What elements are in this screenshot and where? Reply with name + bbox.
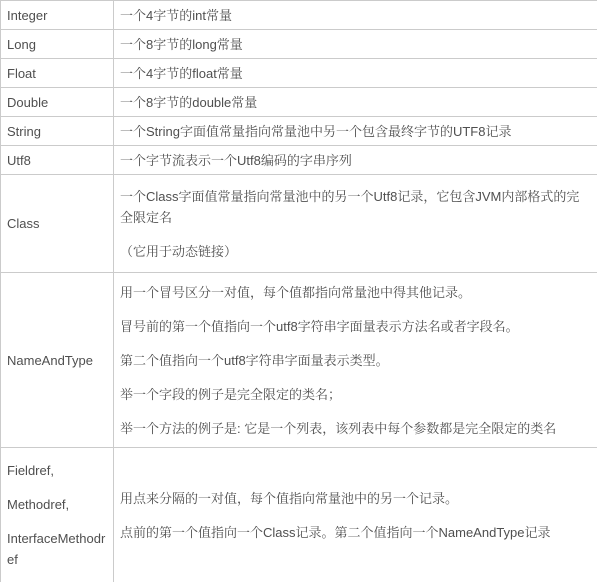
constant-type-label: Methodref, bbox=[7, 494, 107, 515]
table-row: Integer一个4字节的int常量 bbox=[1, 1, 597, 30]
constant-type-cell: Long bbox=[1, 30, 114, 59]
constant-type-label: String bbox=[7, 121, 107, 142]
description-cell: 用一个冒号区分一对值，每个值都指向常量池中得其他记录。冒号前的第一个值指向一个u… bbox=[114, 273, 597, 448]
constant-pool-table-body: Integer一个4字节的int常量Long一个8字节的long常量Float一… bbox=[1, 1, 597, 582]
description-paragraph: 一个4字节的float常量 bbox=[120, 63, 592, 84]
constant-type-label: InterfaceMethodref bbox=[7, 528, 107, 570]
table-row: Class一个Class字面值常量指向常量池中的另一个Utf8记录，它包含JVM… bbox=[1, 175, 597, 273]
description-cell: 用点来分隔的一对值，每个值指向常量池中的另一个记录。点前的第一个值指向一个Cla… bbox=[114, 448, 597, 582]
description-cell: 一个8字节的double常量 bbox=[114, 88, 597, 117]
constant-type-cell: Double bbox=[1, 88, 114, 117]
constant-type-label: Utf8 bbox=[7, 150, 107, 171]
description-paragraph: 一个Class字面值常量指向常量池中的另一个Utf8记录，它包含JVM内部格式的… bbox=[120, 186, 592, 228]
description-paragraph: 一个8字节的double常量 bbox=[120, 92, 592, 113]
constant-type-cell: Float bbox=[1, 59, 114, 88]
constant-type-label: Long bbox=[7, 34, 107, 55]
constant-type-label: Fieldref, bbox=[7, 460, 107, 481]
table-row: String一个String字面值常量指向常量池中另一个包含最终字节的UTF8记… bbox=[1, 117, 597, 146]
description-paragraph: 点前的第一个值指向一个Class记录。第二个值指向一个NameAndType记录 bbox=[120, 522, 592, 543]
table-row: Float一个4字节的float常量 bbox=[1, 59, 597, 88]
constant-type-label: Class bbox=[7, 213, 107, 234]
description-cell: 一个4字节的float常量 bbox=[114, 59, 597, 88]
constant-type-label: Float bbox=[7, 63, 107, 84]
table-row: Double一个8字节的double常量 bbox=[1, 88, 597, 117]
description-cell: 一个String字面值常量指向常量池中另一个包含最终字节的UTF8记录 bbox=[114, 117, 597, 146]
constant-type-cell: Class bbox=[1, 175, 114, 273]
description-paragraph: 一个4字节的int常量 bbox=[120, 5, 592, 26]
constant-type-label: Double bbox=[7, 92, 107, 113]
description-paragraph: 冒号前的第一个值指向一个utf8字符串字面量表示方法名或者字段名。 bbox=[120, 316, 592, 337]
table-row: Utf8一个字节流表示一个Utf8编码的字串序列 bbox=[1, 146, 597, 175]
table-row: Long一个8字节的long常量 bbox=[1, 30, 597, 59]
constant-type-label: Integer bbox=[7, 5, 107, 26]
description-paragraph: 用点来分隔的一对值，每个值指向常量池中的另一个记录。 bbox=[120, 488, 592, 509]
constant-pool-table: Integer一个4字节的int常量Long一个8字节的long常量Float一… bbox=[0, 0, 597, 582]
constant-type-label: NameAndType bbox=[7, 350, 107, 371]
description-paragraph: 举一个字段的例子是完全限定的类名； bbox=[120, 384, 592, 405]
constant-type-cell: Utf8 bbox=[1, 146, 114, 175]
description-paragraph: （它用于动态链接） bbox=[120, 241, 592, 262]
constant-type-cell: Integer bbox=[1, 1, 114, 30]
description-cell: 一个8字节的long常量 bbox=[114, 30, 597, 59]
description-paragraph: 举一个方法的例子是: 它是一个列表，该列表中每个参数都是完全限定的类名 bbox=[120, 418, 592, 439]
page: Integer一个4字节的int常量Long一个8字节的long常量Float一… bbox=[0, 0, 597, 582]
table-row: Fieldref,Methodref,InterfaceMethodref用点来… bbox=[1, 448, 597, 582]
constant-type-cell: String bbox=[1, 117, 114, 146]
description-cell: 一个4字节的int常量 bbox=[114, 1, 597, 30]
description-cell: 一个字节流表示一个Utf8编码的字串序列 bbox=[114, 146, 597, 175]
description-paragraph: 第二个值指向一个utf8字符串字面量表示类型。 bbox=[120, 350, 592, 371]
description-paragraph: 一个String字面值常量指向常量池中另一个包含最终字节的UTF8记录 bbox=[120, 121, 592, 142]
table-row: NameAndType用一个冒号区分一对值，每个值都指向常量池中得其他记录。冒号… bbox=[1, 273, 597, 448]
constant-type-cell: NameAndType bbox=[1, 273, 114, 448]
description-paragraph: 一个8字节的long常量 bbox=[120, 34, 592, 55]
description-paragraph: 用一个冒号区分一对值，每个值都指向常量池中得其他记录。 bbox=[120, 282, 592, 303]
description-paragraph: 一个字节流表示一个Utf8编码的字串序列 bbox=[120, 150, 592, 171]
description-cell: 一个Class字面值常量指向常量池中的另一个Utf8记录，它包含JVM内部格式的… bbox=[114, 175, 597, 273]
constant-type-cell: Fieldref,Methodref,InterfaceMethodref bbox=[1, 448, 114, 582]
